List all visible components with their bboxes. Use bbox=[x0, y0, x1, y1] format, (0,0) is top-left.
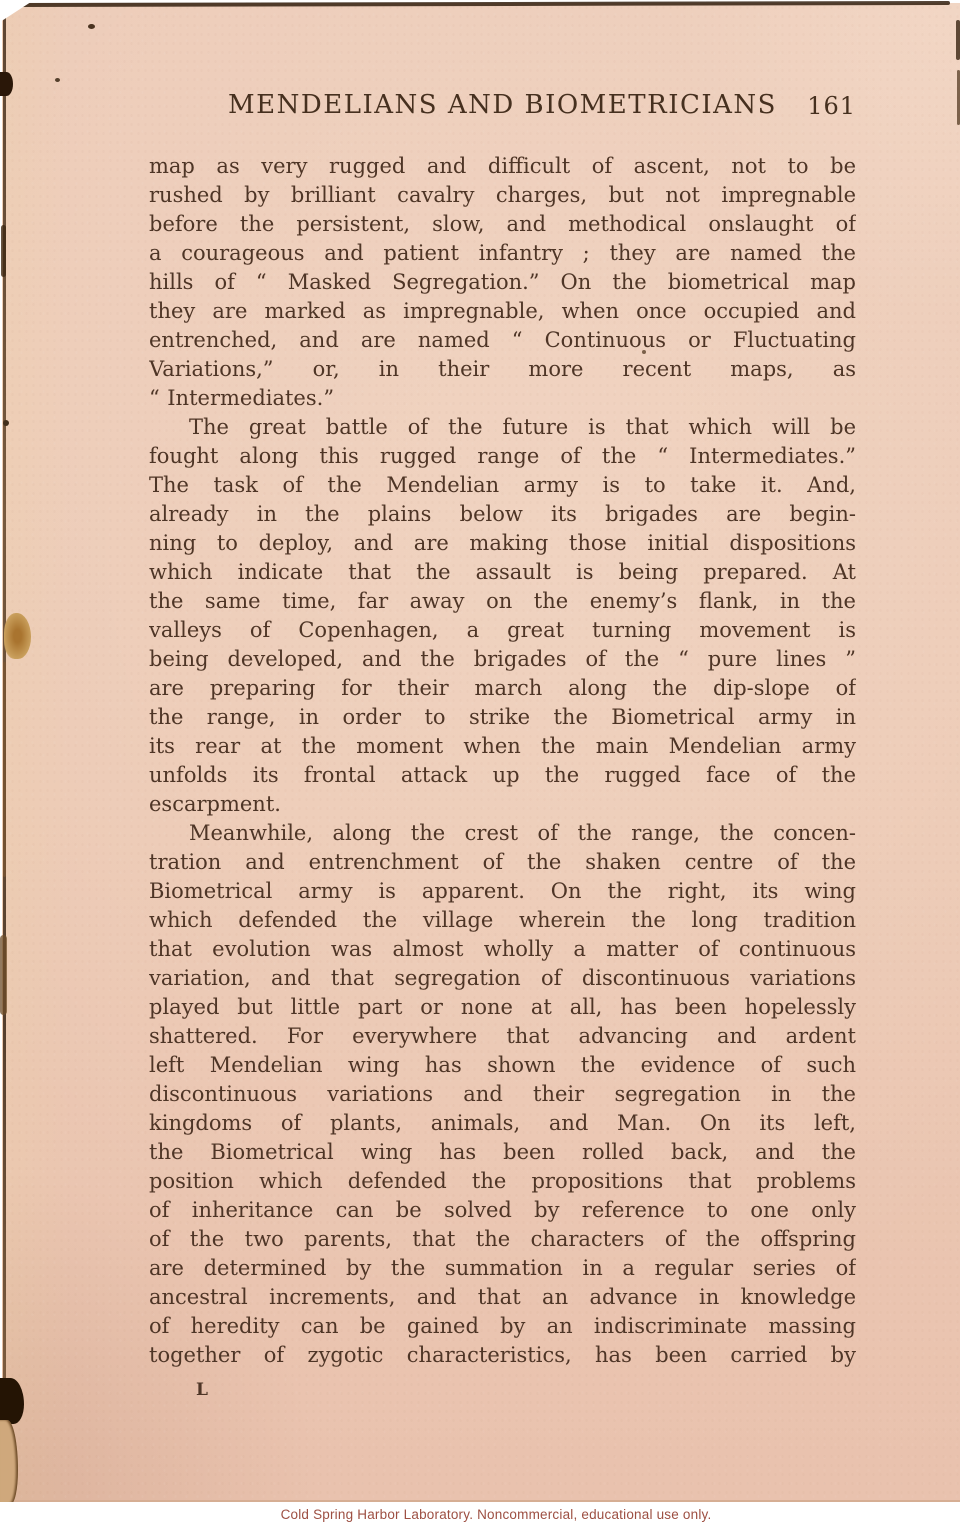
running-header: MENDELIANS AND BIOMETRICIANS 161 bbox=[149, 90, 856, 126]
text-line: the Biometrical wing has been rolled bac… bbox=[149, 1138, 856, 1167]
text-line: kingdoms of plants, animals, and Man. On… bbox=[149, 1109, 856, 1138]
text-line: Variations,” or, in their more recent ma… bbox=[149, 355, 856, 384]
text-line: already in the plains below its brigades… bbox=[149, 500, 856, 529]
paragraph: Meanwhile, along the crest of the range,… bbox=[149, 819, 856, 1370]
text-line: valleys of Copenhagen, a great turning m… bbox=[149, 616, 856, 645]
page-speck bbox=[3, 420, 9, 426]
text-line: tration and entrenchment of the shaken c… bbox=[149, 848, 856, 877]
text-line: being developed, and the brigades of the… bbox=[149, 645, 856, 674]
text-line: before the persistent, slow, and methodi… bbox=[149, 210, 856, 239]
text-line: discontinuous variations and their segre… bbox=[149, 1080, 856, 1109]
text-line: which indicate that the assault is being… bbox=[149, 558, 856, 587]
text-line: are determined by the summation in a reg… bbox=[149, 1254, 856, 1283]
paragraph: The great battle of the future is that w… bbox=[149, 413, 856, 819]
text-line: that evolution was almost wholly a matte… bbox=[149, 935, 856, 964]
text-line: fought along this rugged range of the “ … bbox=[149, 442, 856, 471]
text-line: The great battle of the future is that w… bbox=[149, 413, 856, 442]
text-line: a courageous and patient infantry ; they… bbox=[149, 239, 856, 268]
binding-thread-mark bbox=[3, 662, 6, 877]
page-speck bbox=[88, 24, 95, 29]
text-line: escarpment. bbox=[149, 790, 856, 819]
text-line: ning to deploy, and are making those ini… bbox=[149, 529, 856, 558]
glue-stain bbox=[4, 613, 31, 659]
running-header-title: MENDELIANS AND BIOMETRICIANS bbox=[149, 90, 856, 120]
text-line: entrenched, and are named “ Continuous o… bbox=[149, 326, 856, 355]
footer-strip: Cold Spring Harbor Laboratory. Noncommer… bbox=[0, 1502, 962, 1527]
text-line: ancestral increments, and that an advanc… bbox=[149, 1283, 856, 1312]
text-line: together of zygotic characteristics, has… bbox=[149, 1341, 856, 1370]
text-line: which defended the village wherein the l… bbox=[149, 906, 856, 935]
text-line: rushed by brilliant cavalry charges, but… bbox=[149, 181, 856, 210]
text-line: its rear at the moment when the main Men… bbox=[149, 732, 856, 761]
binding-thread-mark bbox=[0, 72, 13, 96]
text-line: of the two parents, that the characters … bbox=[149, 1225, 856, 1254]
page-speck bbox=[55, 78, 60, 82]
text-line: variation, and that segregation of disco… bbox=[149, 964, 856, 993]
text-line: they are marked as impregnable, when onc… bbox=[149, 297, 856, 326]
book-page-scan: MENDELIANS AND BIOMETRICIANS 161 map as … bbox=[0, 0, 962, 1527]
text-line: Meanwhile, along the crest of the range,… bbox=[149, 819, 856, 848]
binding-thread-mark bbox=[0, 935, 7, 1015]
text-line: the range, in order to strike the Biomet… bbox=[149, 703, 856, 732]
text-line: of inheritance can be solved by referenc… bbox=[149, 1196, 856, 1225]
page-edge-mark bbox=[956, 20, 960, 60]
signature-mark: L bbox=[196, 1380, 208, 1400]
page-number: 161 bbox=[807, 92, 856, 120]
text-line: shattered. For everywhere that advancing… bbox=[149, 1022, 856, 1051]
text-block: map as very rugged and difficult of asce… bbox=[149, 152, 856, 1370]
text-line: of heredity can be gained by an indiscri… bbox=[149, 1312, 856, 1341]
text-line: unfolds its frontal attack up the rugged… bbox=[149, 761, 856, 790]
text-line: the same time, far away on the enemy’s f… bbox=[149, 587, 856, 616]
page-edge-mark bbox=[957, 70, 960, 125]
text-line: position which defended the propositions… bbox=[149, 1167, 856, 1196]
text-line: Biometrical army is apparent. On the rig… bbox=[149, 877, 856, 906]
paragraph: map as very rugged and difficult of asce… bbox=[149, 152, 856, 413]
copyright-caption: Cold Spring Harbor Laboratory. Noncommer… bbox=[251, 1507, 712, 1522]
text-line: played but little part or none at all, h… bbox=[149, 993, 856, 1022]
text-line: are preparing for their march along the … bbox=[149, 674, 856, 703]
binding-thread-mark bbox=[1, 225, 6, 277]
text-line: hills of “ Masked Segregation.” On the b… bbox=[149, 268, 856, 297]
text-line: “ Intermediates.” bbox=[149, 384, 856, 413]
text-line: The task of the Mendelian army is to tak… bbox=[149, 471, 856, 500]
text-line: left Mendelian wing has shown the eviden… bbox=[149, 1051, 856, 1080]
text-line: map as very rugged and difficult of asce… bbox=[149, 152, 856, 181]
